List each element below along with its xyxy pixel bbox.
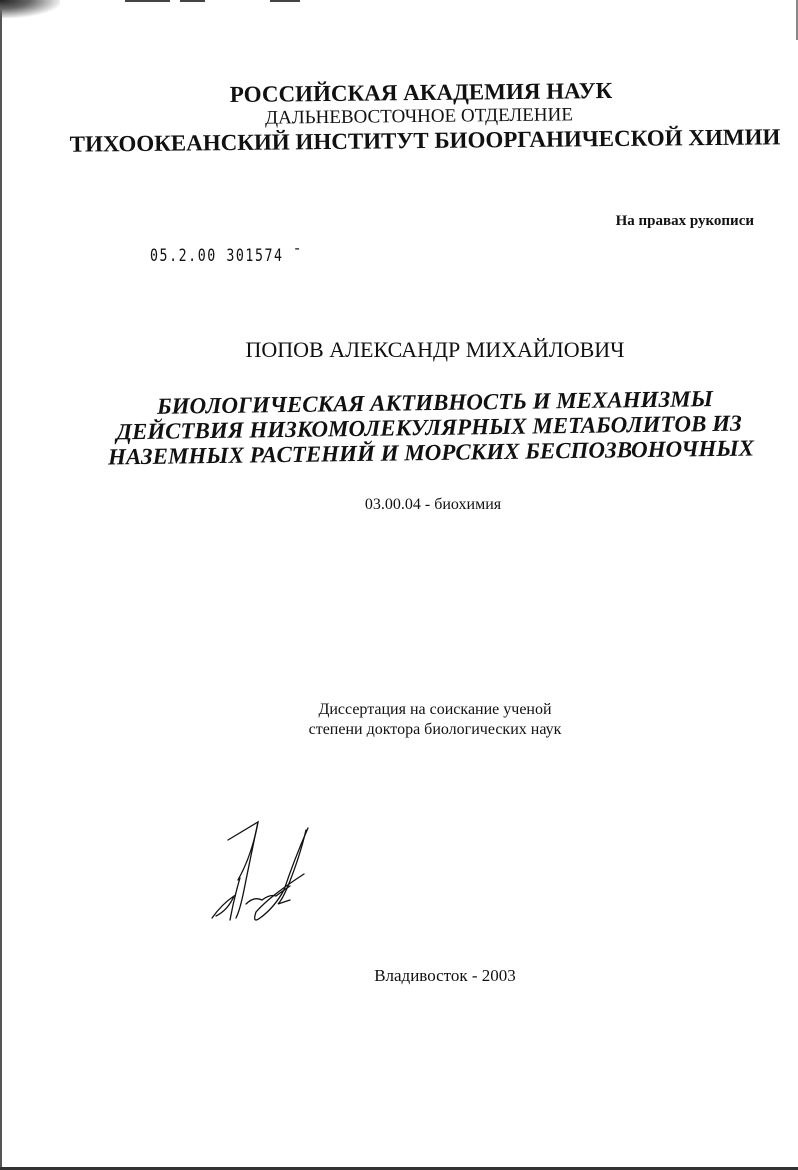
scan-noise [0,0,60,18]
dissertation-line: Диссертация на соискание ученой [36,701,798,719]
signature-icon [200,800,330,930]
document-page: РОССИЙСКАЯ АКАДЕМИЯ НАУК ДАЛЬНЕВОСТОЧНОЕ… [0,0,798,1170]
scan-noise [125,0,170,2]
author-name: ПОПОВ АЛЕКСАНДР МИХАЙЛОВИЧ [36,337,798,363]
dissertation-line: степени доктора биологических наук [36,721,798,739]
place-year: Владивосток - 2003 [46,966,798,986]
specialty-code: 03.00.04 - биохимия [34,496,798,514]
stamp-number: 05.2.00 301574 ˉ [150,246,303,266]
rights-note: На правах рукописи [616,213,754,230]
scan-edge-left [0,0,2,1170]
scan-noise [270,0,300,2]
scan-noise [180,0,205,2]
